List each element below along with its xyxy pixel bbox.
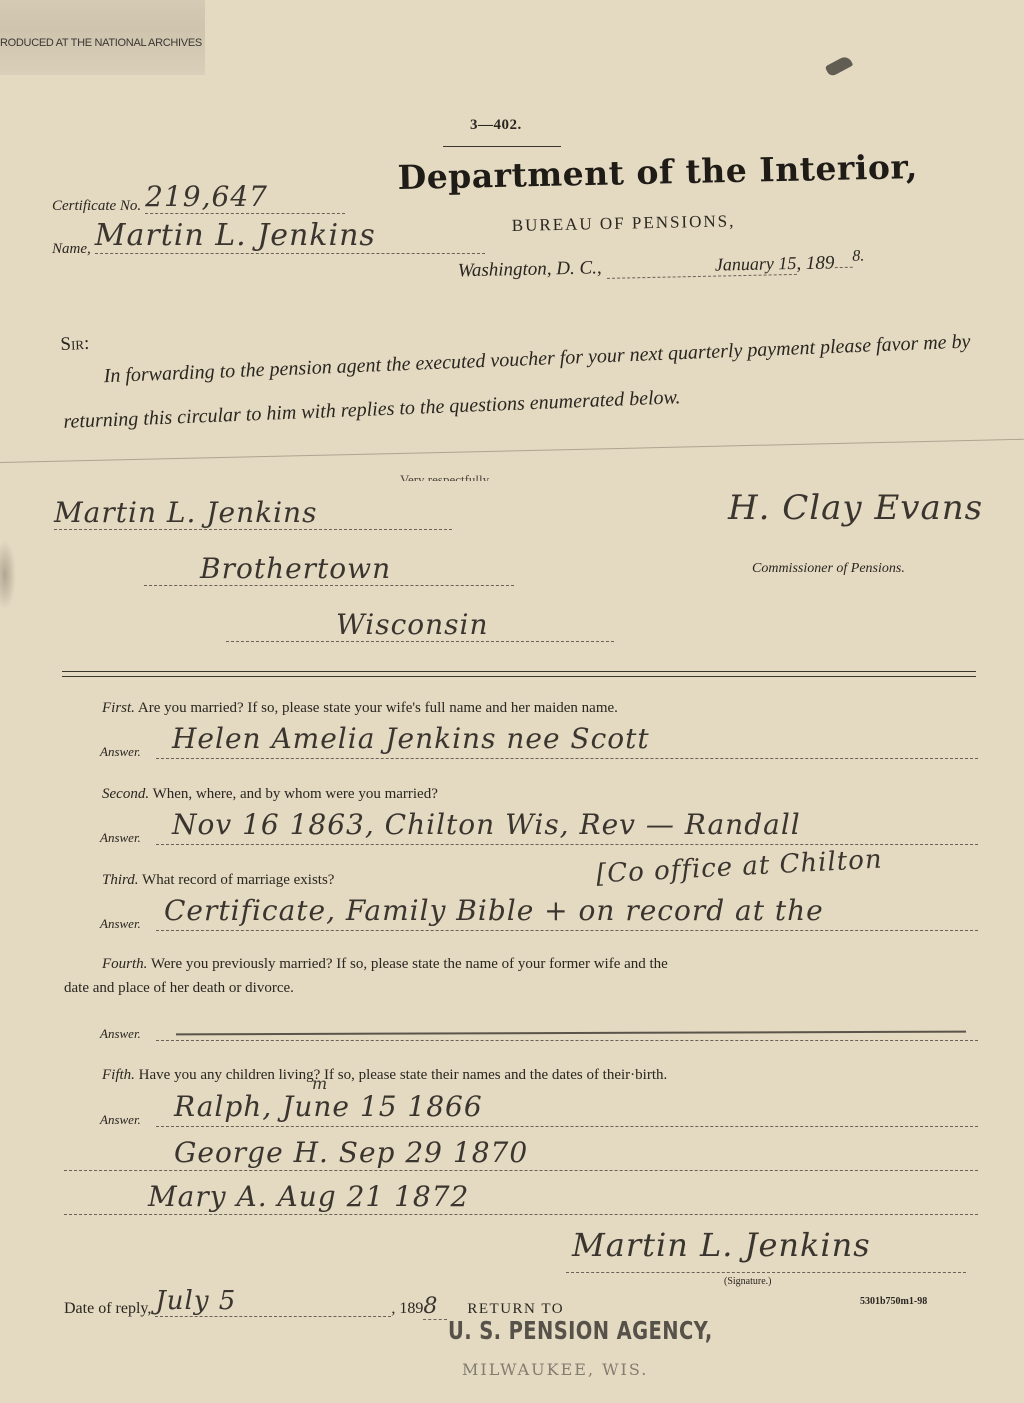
form-number: 3—402. bbox=[470, 117, 522, 134]
return-to-label: RETURN TO bbox=[467, 1301, 564, 1317]
date-of-reply-value: July 5 bbox=[155, 1286, 391, 1317]
address-name: Martin L. Jenkins bbox=[54, 496, 452, 530]
certificate-row: Certificate No. 219,647 bbox=[52, 184, 345, 218]
question-ordinal: Fourth. bbox=[102, 956, 147, 972]
question-fourth: Fourth. Were you previously married? If … bbox=[102, 956, 668, 973]
answer-line bbox=[156, 758, 978, 759]
letter-body: Sir: In forwarding to the pension agent … bbox=[60, 297, 984, 444]
answer-line bbox=[156, 844, 978, 845]
dateline-year-digit: 8. bbox=[852, 247, 864, 264]
question-second: Second. When, where, and by whom were yo… bbox=[102, 786, 438, 803]
question-ordinal: Second. bbox=[102, 786, 149, 802]
archive-header: RODUCED AT THE NATIONAL ARCHIVES bbox=[0, 37, 202, 49]
answer-dash-stroke bbox=[176, 1031, 966, 1036]
signature-label: (Signature.) bbox=[724, 1276, 772, 1287]
answer-label: Answer. bbox=[100, 1026, 141, 1042]
question-first: First. Are you married? If so, please st… bbox=[102, 700, 618, 717]
answer-value: Helen Amelia Jenkins nee Scott bbox=[172, 722, 650, 755]
name-value: Martin L. Jenkins bbox=[95, 218, 485, 254]
certificate-label: Certificate No. bbox=[52, 198, 141, 214]
name-row: Name, Martin L. Jenkins bbox=[52, 226, 485, 262]
answer-label: Answer. bbox=[100, 1112, 141, 1128]
question-text: Are you married? If so, please state you… bbox=[138, 700, 618, 716]
answer-value: Ralph, June 15 1866 bbox=[174, 1090, 483, 1123]
question-fifth: Fifth. Have you any children living? If … bbox=[102, 1067, 667, 1084]
question-ordinal: Fifth. bbox=[102, 1067, 135, 1083]
name-label: Name, bbox=[52, 241, 91, 257]
agency-stamp-line-2: MILWAUKEE, WIS. bbox=[462, 1360, 648, 1379]
answer-value: Mary A. Aug 21 1872 bbox=[148, 1180, 469, 1213]
dateline-date: January 15 bbox=[606, 253, 796, 279]
answer-value: Nov 16 1863, Chilton Wis, Rev — Randall bbox=[172, 808, 801, 841]
scan-artifact bbox=[0, 540, 16, 610]
question-text: Have you any children living? If so, ple… bbox=[139, 1067, 668, 1083]
closing-partial: Very respectfully, bbox=[400, 472, 492, 481]
commissioner-title: Commissioner of Pensions. bbox=[752, 561, 905, 577]
section-divider bbox=[62, 671, 976, 677]
address-town: Brothertown bbox=[144, 552, 514, 586]
certificate-number: 219,647 bbox=[145, 180, 345, 214]
address-state: Wisconsin bbox=[226, 608, 614, 642]
date-of-reply-label: Date of reply, bbox=[64, 1300, 151, 1317]
question-text: When, where, and by whom were you marrie… bbox=[153, 786, 438, 802]
answer-value: Certificate, Family Bible + on record at… bbox=[164, 894, 824, 927]
date-of-reply-year: , 189 bbox=[391, 1300, 423, 1317]
date-of-reply-year-digit: 8 bbox=[423, 1294, 447, 1320]
answer-label: Answer. bbox=[100, 916, 141, 932]
question-text: What record of marriage exists? bbox=[142, 872, 334, 888]
answer-value: George H. Sep 29 1870 bbox=[174, 1136, 528, 1169]
answer-line bbox=[64, 1170, 978, 1171]
answer-label: Answer. bbox=[100, 830, 141, 846]
agency-stamp-line-1: U. S. PENSION AGENCY, bbox=[448, 1316, 713, 1345]
answer-label: Answer. bbox=[100, 744, 141, 760]
answer-line bbox=[64, 1214, 978, 1215]
dateline-place: Washington, D. C., bbox=[458, 257, 602, 281]
question-third: Third. What record of marriage exists? bbox=[102, 872, 334, 889]
question-ordinal: First. bbox=[102, 700, 135, 716]
question-text: Were you previously married? If so, plea… bbox=[151, 956, 668, 972]
fold-line bbox=[0, 439, 1024, 463]
department-title: Department of the Interior, bbox=[397, 147, 918, 197]
answer-line bbox=[156, 1040, 978, 1041]
dateline-year-blank bbox=[834, 267, 852, 268]
question-ordinal: Third. bbox=[102, 872, 139, 888]
question-fourth-continued: date and place of her death or divorce. bbox=[64, 980, 294, 997]
answer-annotation: [Co office at Chilton bbox=[595, 845, 883, 890]
print-code: 5301b750m1-98 bbox=[860, 1296, 927, 1307]
ink-smudge bbox=[825, 55, 854, 78]
answer-line bbox=[156, 930, 978, 931]
form-number-rule bbox=[443, 146, 561, 147]
bureau-title: BUREAU OF PENSIONS, bbox=[512, 211, 736, 236]
commissioner-signature: H. Clay Evans bbox=[728, 488, 983, 528]
dateline: Washington, D. C., January 15, 1898. bbox=[457, 247, 864, 282]
signature-line bbox=[566, 1272, 966, 1273]
answer-line bbox=[156, 1126, 978, 1127]
respondent-signature: Martin L. Jenkins bbox=[572, 1226, 871, 1264]
dateline-year: , 189 bbox=[796, 252, 834, 274]
